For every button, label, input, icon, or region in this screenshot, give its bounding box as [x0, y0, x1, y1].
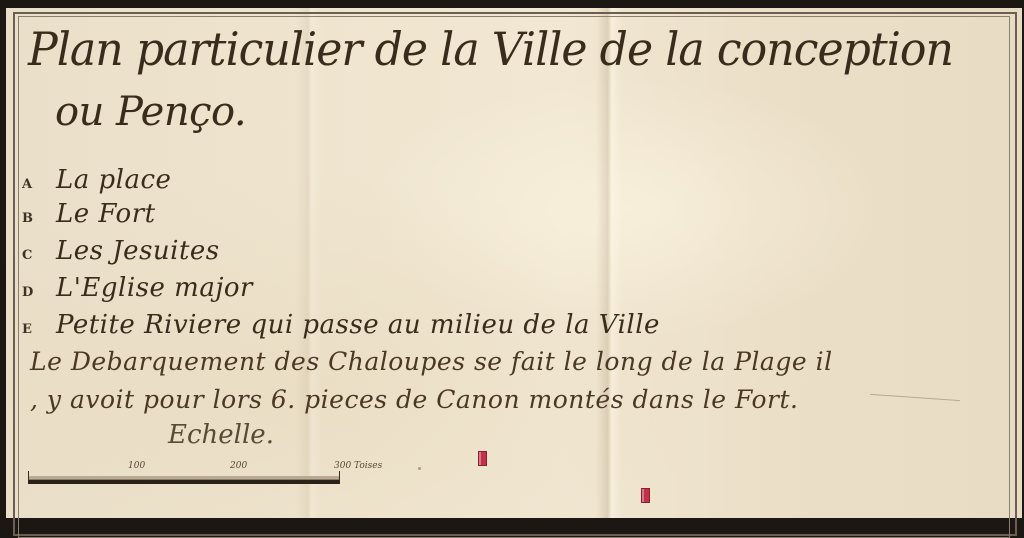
legend-label: La place	[56, 165, 171, 195]
ink-dot	[418, 467, 421, 470]
landing-note-line-1: Le Debarquement des Chaloupes se fait le…	[30, 347, 833, 376]
legend-item-a: A La place	[20, 165, 171, 195]
legend-label: Petite Riviere qui passe au milieu de la…	[56, 310, 660, 340]
legend-label: Le Fort	[56, 199, 156, 229]
legend-key: D	[20, 285, 56, 300]
legend-key: E	[20, 322, 56, 337]
legend-key: B	[20, 211, 56, 226]
legend-item-b: B Le Fort	[20, 199, 156, 229]
scale-tick-0	[28, 471, 29, 481]
legend-key: A	[20, 177, 56, 192]
legend-key: C	[20, 248, 56, 263]
legend-label: L'Eglise major	[56, 273, 253, 303]
scale-label-100: 100	[128, 461, 145, 471]
map-title: Plan particulier de la Ville de la conce…	[28, 26, 953, 72]
red-building-marker	[641, 488, 650, 503]
scale-tick-300	[339, 471, 340, 481]
scale-heading: Echelle.	[168, 420, 274, 450]
scale-bar	[28, 479, 340, 484]
legend-item-d: D L'Eglise major	[20, 273, 253, 303]
legend-item-e: E Petite Riviere qui passe au milieu de …	[20, 310, 660, 340]
red-building-marker	[478, 451, 487, 466]
legend-label: Les Jesuites	[56, 236, 220, 266]
landing-note-line-2: , y avoit pour lors 6. pieces de Canon m…	[30, 385, 798, 414]
scale-label-300: 300 Toises	[334, 461, 382, 471]
map-title-subtitle: ou Penço.	[55, 92, 246, 132]
legend-item-c: C Les Jesuites	[20, 236, 220, 266]
scale-label-200: 200	[230, 461, 247, 471]
